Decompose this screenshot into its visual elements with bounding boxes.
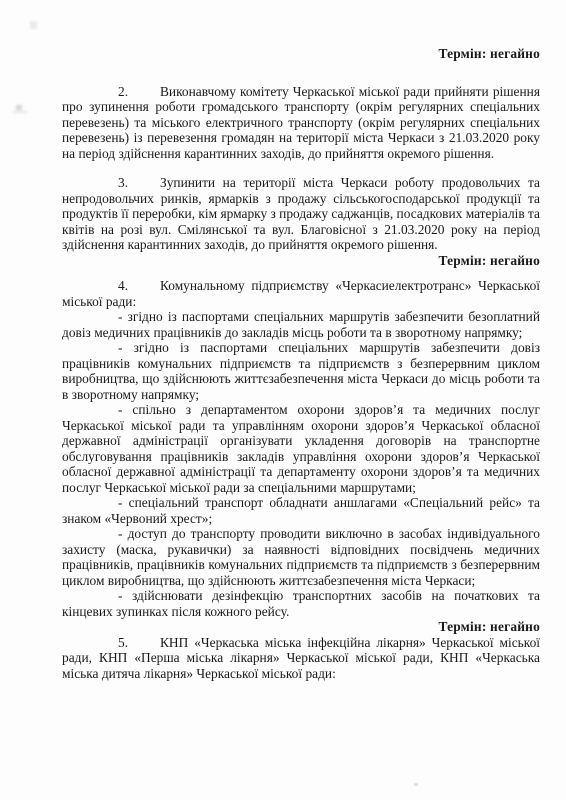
- term-deadline-label: Термін: негайно: [62, 619, 540, 635]
- paragraph-4-number: 4.: [118, 278, 160, 294]
- scan-artifact: [414, 783, 418, 786]
- paragraph-4-subitem-4: - спеціальний транспорт обладнати аншлаг…: [62, 495, 540, 526]
- paragraph-3-number: 3.: [118, 175, 160, 191]
- document-page: Термін: негайно 2.Виконавчому комітету Ч…: [0, 0, 566, 800]
- document-body: Термін: негайно 2.Виконавчому комітету Ч…: [62, 46, 540, 681]
- paragraph-2-number: 2.: [118, 84, 160, 100]
- paragraph-5-number: 5.: [118, 635, 160, 651]
- paragraph-4: 4.Комунальному підприємству «Черкасиелек…: [62, 278, 540, 309]
- term-deadline-label: Термін: негайно: [62, 253, 540, 269]
- scan-artifact: [30, 21, 37, 29]
- paragraph-4-subitem-3: - спільно з департаментом охорони здоров…: [62, 402, 540, 495]
- paragraph-4-subitem-2: - згідно із паспортами спеціальних маршр…: [62, 340, 540, 402]
- paragraph-4-subitem-6: - здійснювати дезінфекцію транспортних з…: [62, 588, 540, 619]
- paragraph-3: 3.Зупинити на території міста Черкаси ро…: [62, 175, 540, 253]
- scan-artifact: [13, 103, 27, 114]
- paragraph-4-subitem-1: - згідно із паспортами спеціальних маршр…: [62, 309, 540, 340]
- paragraph-2: 2.Виконавчому комітету Черкаської місько…: [62, 84, 540, 162]
- term-deadline-label: Термін: негайно: [62, 46, 540, 62]
- paragraph-5: 5.КНП «Черкаська міська інфекційна лікар…: [62, 635, 540, 682]
- paragraph-4-subitem-5: - доступ до транспорту проводити виключн…: [62, 526, 540, 588]
